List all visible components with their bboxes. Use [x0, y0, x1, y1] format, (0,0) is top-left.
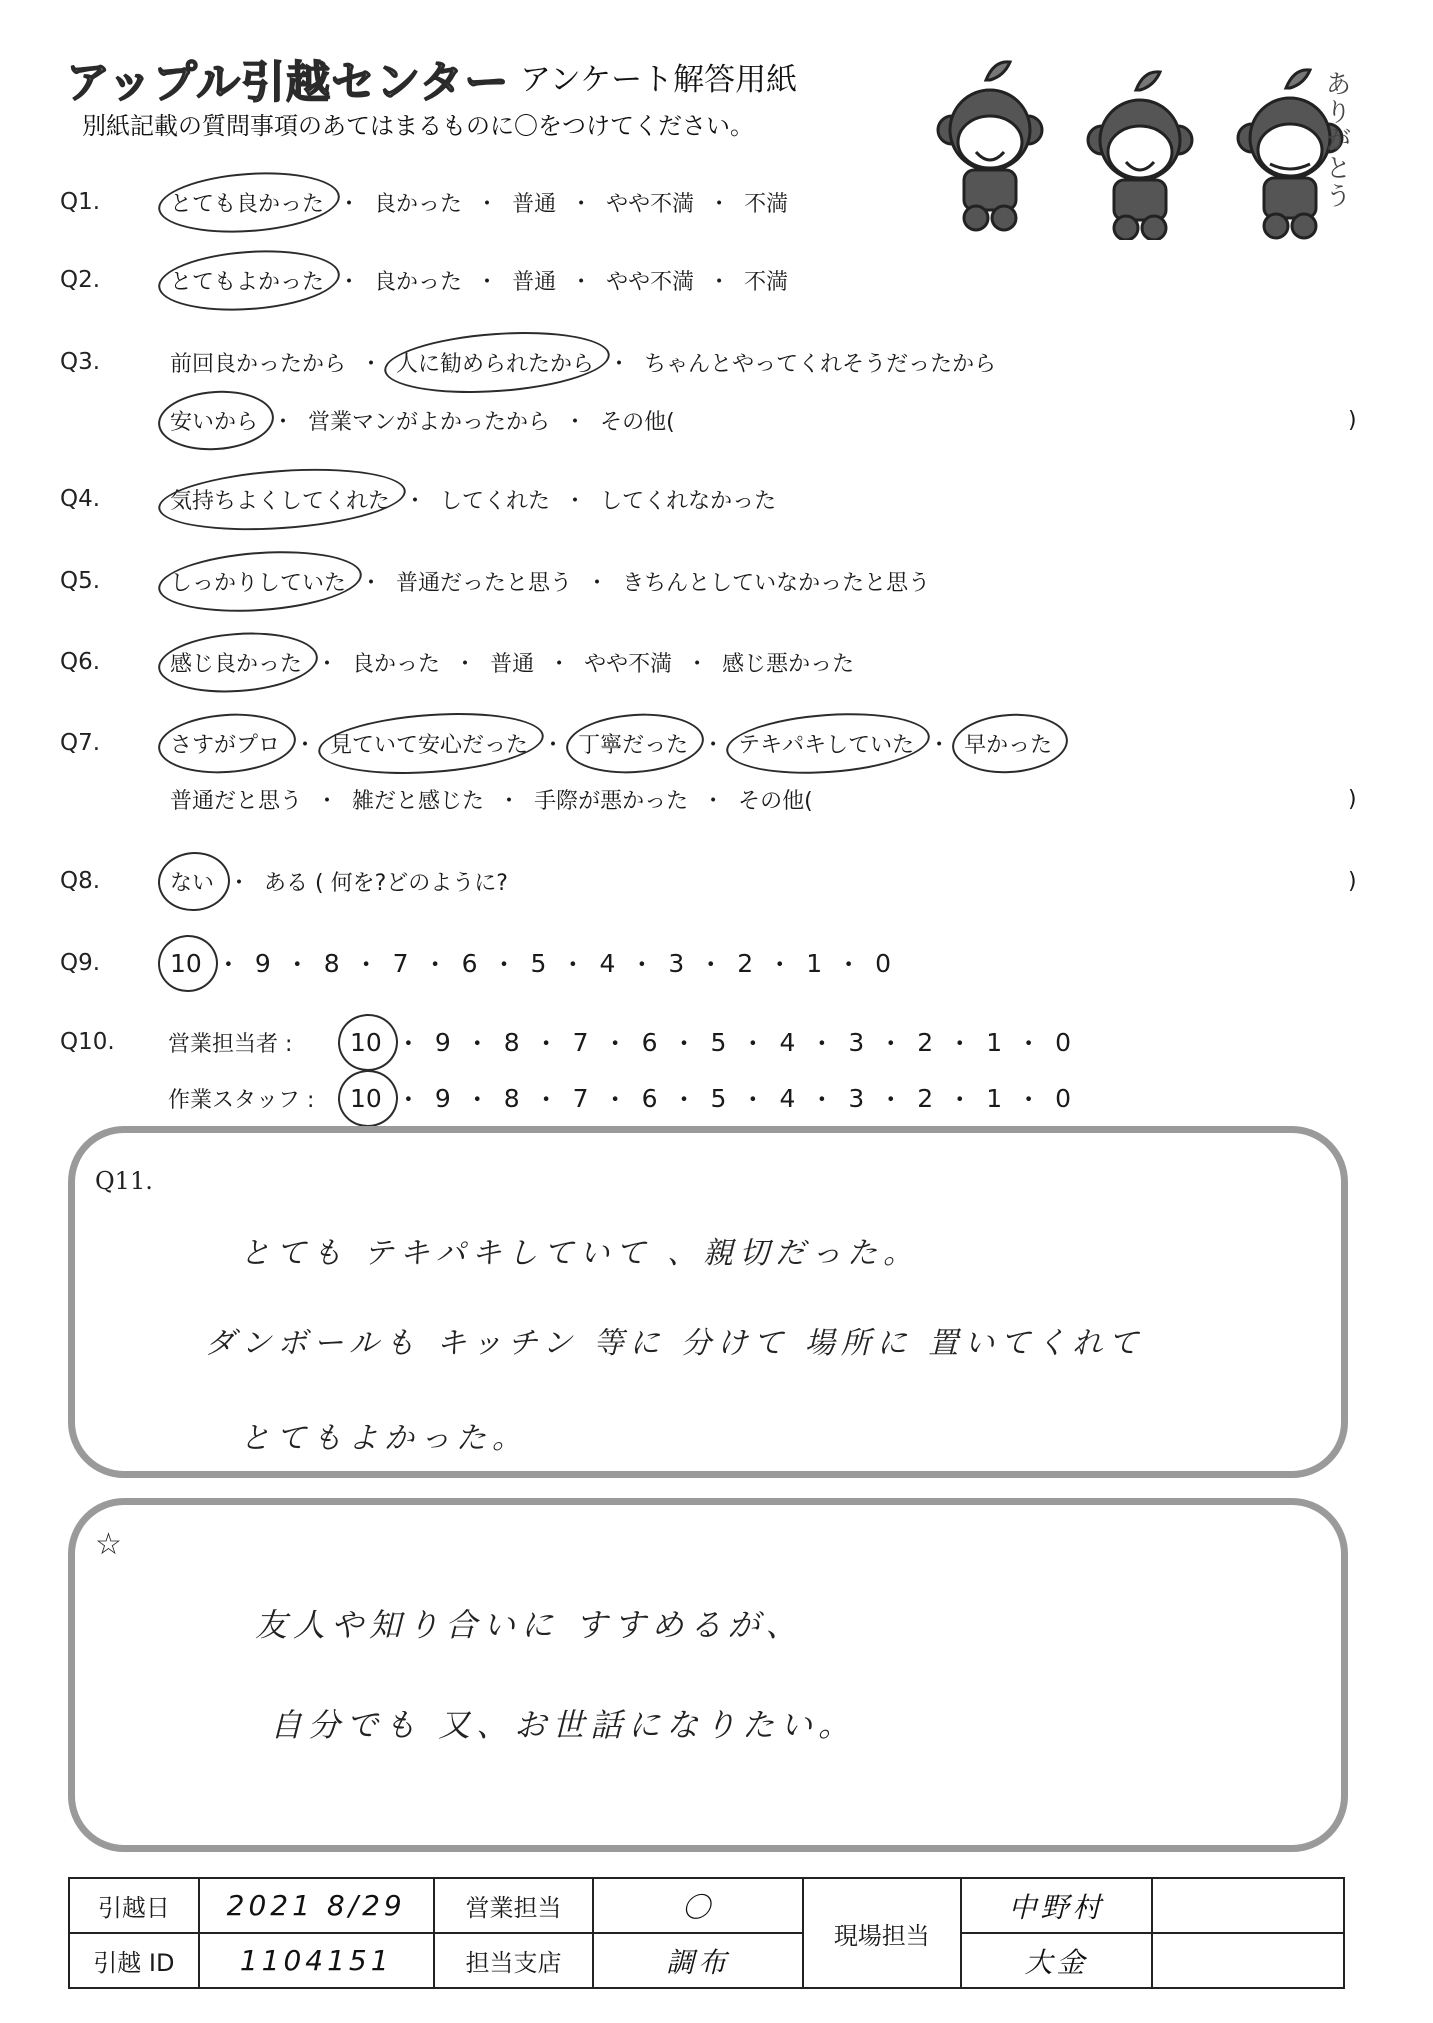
field-staff-2[interactable]: 大金: [961, 1933, 1153, 1988]
score-staff-4[interactable]: 4: [777, 1084, 797, 1113]
branch-label: 担当支店: [434, 1933, 594, 1988]
question-label: Q4.: [60, 486, 168, 512]
score-staff-5[interactable]: 5: [709, 1084, 729, 1113]
score-sales-6[interactable]: 6: [640, 1028, 660, 1057]
star-icon: ☆: [95, 1527, 122, 1562]
option-q3-3[interactable]: 安いから: [168, 405, 260, 436]
form-title: アンケート解答用紙: [520, 54, 797, 99]
question-q3: Q3. 前回良かったから・ 人に勧められたから・ ちゃんとやってくれそうだったか…: [60, 342, 998, 382]
option-q4-2[interactable]: してくれなかった: [598, 484, 778, 515]
option-q5-0[interactable]: しっかりしていた: [168, 566, 348, 597]
question-q5: Q5. しっかりしていた・ 普通だったと思う・ きちんとしていなかったと思う: [60, 561, 932, 601]
option-q6-0[interactable]: 感じ良かった: [168, 647, 304, 678]
option-q1-2[interactable]: 普通: [510, 187, 558, 218]
question-label: Q1.: [60, 189, 168, 215]
question-q10-staff: 作業スタッフ : 10・ 9・ 8・ 7・ 6・ 5・ 4・ 3・ 2・ 1・ …: [60, 1078, 1073, 1118]
score-q9-6[interactable]: 6: [460, 949, 480, 978]
option-q3-4[interactable]: 営業マンがよかったから: [306, 405, 552, 436]
score-sales-10[interactable]: 10: [348, 1028, 384, 1057]
score-q9-5[interactable]: 5: [529, 949, 549, 978]
option-q1-1[interactable]: 良かった: [372, 187, 464, 218]
question-q10-sales: Q10. 営業担当者 : 10・ 9・ 8・ 7・ 6・ 5・ 4・ 3・ 2・…: [60, 1022, 1073, 1062]
score-staff-6[interactable]: 6: [640, 1084, 660, 1113]
move-date-value[interactable]: 2021 8/29: [199, 1878, 434, 1933]
option-q7-7[interactable]: 手際が悪かった: [532, 784, 690, 815]
score-q9-4[interactable]: 4: [597, 949, 617, 978]
option-q7-3[interactable]: テキパキしていた: [736, 728, 916, 759]
option-q7-2[interactable]: 丁寧だった: [576, 728, 690, 759]
score-staff-2[interactable]: 2: [915, 1084, 935, 1113]
move-id-label: 引越 ID: [69, 1933, 199, 1988]
option-q4-0[interactable]: 気持ちよくしてくれた: [168, 484, 392, 515]
option-q7-1[interactable]: 見ていて安心だった: [328, 728, 530, 759]
question-q1: Q1. とても良かった・ 良かった・ 普通・ やや不満・ 不満: [60, 182, 790, 222]
mascot-caption: ありがとう: [1318, 70, 1355, 210]
score-q9-9[interactable]: 9: [253, 949, 273, 978]
option-q7-5[interactable]: 普通だと思う: [168, 784, 304, 815]
score-staff-9[interactable]: 9: [433, 1084, 453, 1113]
question-q3-line2: 安いから・ 営業マンがよかったから・ その他( ): [60, 400, 677, 440]
option-q3-0[interactable]: 前回良かったから: [168, 347, 348, 378]
sales-rep-value[interactable]: 〇: [593, 1878, 803, 1933]
question-q6: Q6. 感じ良かった・ 良かった・ 普通・ やや不満・ 感じ悪かった: [60, 642, 856, 682]
option-q6-3[interactable]: やや不満: [582, 647, 674, 678]
option-q2-0[interactable]: とてもよかった: [168, 265, 326, 296]
sales-rep-label: 営業担当: [434, 1878, 594, 1933]
field-staff-extra-2[interactable]: [1152, 1933, 1344, 1988]
score-q9-7[interactable]: 7: [391, 949, 411, 978]
work-staff-label: 作業スタッフ :: [168, 1083, 348, 1114]
option-q7-6[interactable]: 雑だと感じた: [350, 784, 486, 815]
option-q3-2[interactable]: ちゃんとやってくれそうだったから: [642, 347, 998, 378]
question-label: Q3.: [60, 349, 168, 375]
move-id-value[interactable]: 1104151: [199, 1933, 434, 1988]
option-q5-2[interactable]: きちんとしていなかったと思う: [620, 566, 932, 597]
score-sales-5[interactable]: 5: [709, 1028, 729, 1057]
question-q7-line2: 普通だと思う・ 雑だと感じた・ 手際が悪かった・ その他( ): [60, 779, 815, 819]
monkey-icon: [938, 62, 1342, 240]
option-q6-4[interactable]: 感じ悪かった: [720, 647, 856, 678]
option-q1-4[interactable]: 不満: [742, 187, 790, 218]
question-label: Q6.: [60, 649, 168, 675]
option-q3-1[interactable]: 人に勧められたから: [394, 347, 596, 378]
score-staff-3[interactable]: 3: [846, 1084, 866, 1113]
star-line-2: 自分でも 又、お世話になりたい。: [270, 1700, 856, 1746]
option-q7-0[interactable]: さすがプロ: [168, 728, 282, 759]
option-q6-1[interactable]: 良かった: [350, 647, 442, 678]
question-label: Q8.: [60, 868, 168, 894]
question-q2: Q2. とてもよかった・ 良かった・ 普通・ やや不満・ 不満: [60, 260, 790, 300]
company-title: アップル引越センター: [66, 46, 509, 110]
paren-close: ): [1348, 869, 1357, 894]
option-q5-1[interactable]: 普通だったと思う: [394, 566, 574, 597]
score-q9-10[interactable]: 10: [168, 949, 204, 978]
score-sales-0[interactable]: 0: [1053, 1028, 1073, 1057]
option-q2-3[interactable]: やや不満: [604, 265, 696, 296]
score-q9-2[interactable]: 2: [735, 949, 755, 978]
question-label: Q2.: [60, 267, 168, 293]
option-q7-4[interactable]: 早かった: [962, 728, 1054, 759]
q11-line-3: とてもよかった。: [240, 1413, 528, 1457]
branch-value[interactable]: 調布: [593, 1933, 803, 1988]
option-q8-1[interactable]: ある ( 何を?どのように?: [262, 866, 510, 897]
question-q8: Q8. ない・ ある ( 何を?どのように? ): [60, 861, 510, 901]
paren-close: ): [1348, 787, 1357, 812]
score-sales-4[interactable]: 4: [777, 1028, 797, 1057]
score-staff-7[interactable]: 7: [571, 1084, 591, 1113]
field-staff-label: 現場担当: [803, 1878, 961, 1988]
score-sales-9[interactable]: 9: [433, 1028, 453, 1057]
question-label: Q5.: [60, 568, 168, 594]
question-label: Q7.: [60, 730, 168, 756]
option-q2-2[interactable]: 普通: [510, 265, 558, 296]
q11-line-1: とても テキパキしていて 、親切だった。: [240, 1228, 919, 1272]
question-q4: Q4. 気持ちよくしてくれた・ してくれた・ してくれなかった: [60, 479, 778, 519]
score-q9-0[interactable]: 0: [873, 949, 893, 978]
score-staff-1[interactable]: 1: [984, 1084, 1004, 1113]
instruction-text: 別紙記載の質問事項のあてはまるものに〇をつけてください。: [82, 106, 754, 141]
field-staff-extra-1[interactable]: [1152, 1878, 1344, 1933]
paren-close: ): [1348, 408, 1357, 433]
option-q4-1[interactable]: してくれた: [438, 484, 552, 515]
score-staff-0[interactable]: 0: [1053, 1084, 1073, 1113]
score-q9-1[interactable]: 1: [804, 949, 824, 978]
score-sales-2[interactable]: 2: [915, 1028, 935, 1057]
q11-comment-box[interactable]: Q11. とても テキパキしていて 、親切だった。 ダンボールも キッチン 等に…: [68, 1126, 1348, 1478]
option-q2-4[interactable]: 不満: [742, 265, 790, 296]
score-q9-3[interactable]: 3: [666, 949, 686, 978]
question-label: Q10.: [60, 1029, 168, 1055]
move-date-label: 引越日: [69, 1878, 199, 1933]
score-q9-8[interactable]: 8: [322, 949, 342, 978]
move-info-table: 引越日 2021 8/29 営業担当 〇 現場担当 中野村 引越 ID 1104…: [68, 1877, 1345, 1989]
sales-rep-label: 営業担当者 :: [168, 1027, 348, 1058]
q11-line-2: ダンボールも キッチン 等に 分けて 場所に 置いてくれて: [205, 1318, 1144, 1362]
score-staff-10[interactable]: 10: [348, 1084, 384, 1113]
score-staff-8[interactable]: 8: [502, 1084, 522, 1113]
option-q3-other[interactable]: その他(: [598, 405, 677, 436]
question-label: Q9.: [60, 950, 168, 976]
option-q1-3[interactable]: やや不満: [604, 187, 696, 218]
question-q9: Q9. 10・ 9・ 8・ 7・ 6・ 5・ 4・ 3・ 2・ 1・ 0: [60, 943, 893, 983]
field-staff-1[interactable]: 中野村: [961, 1878, 1153, 1933]
star-line-1: 友人や知り合いに すすめるが、: [255, 1600, 804, 1646]
option-q1-0[interactable]: とても良かった: [168, 187, 326, 218]
option-q7-other[interactable]: その他(: [736, 784, 815, 815]
option-q8-0[interactable]: ない: [168, 866, 216, 897]
q11-label: Q11.: [95, 1167, 153, 1195]
score-sales-8[interactable]: 8: [502, 1028, 522, 1057]
score-sales-7[interactable]: 7: [571, 1028, 591, 1057]
score-sales-3[interactable]: 3: [846, 1028, 866, 1057]
option-q2-1[interactable]: 良かった: [372, 265, 464, 296]
option-q6-2[interactable]: 普通: [488, 647, 536, 678]
score-sales-1[interactable]: 1: [984, 1028, 1004, 1057]
question-q7: Q7. さすがプロ・ 見ていて安心だった・ 丁寧だった・ テキパキしていた・ 早…: [60, 723, 1054, 763]
star-comment-box[interactable]: ☆ 友人や知り合いに すすめるが、 自分でも 又、お世話になりたい。: [68, 1498, 1348, 1852]
